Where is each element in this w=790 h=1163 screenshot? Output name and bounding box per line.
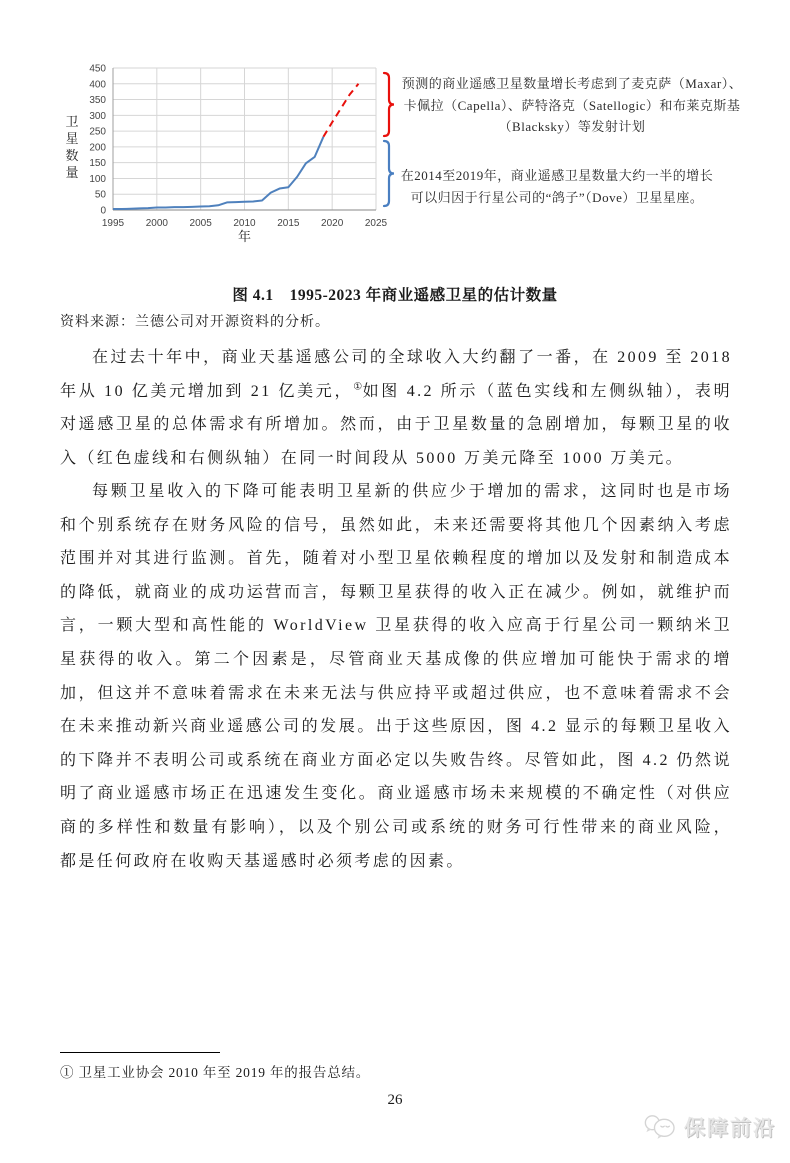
chart-annotation-dove: 在2014至2019年，商业遥感卫星数量大约一半的增长可以归因于行星公司的“鸽子…: [398, 165, 716, 208]
footnote: ① 卫星工业协会 2010 年至 2019 年的报告总结。: [60, 1061, 370, 1081]
svg-text:数: 数: [65, 148, 78, 163]
svg-text:300: 300: [89, 111, 106, 122]
svg-text:2010: 2010: [233, 218, 256, 229]
svg-text:200: 200: [89, 142, 106, 153]
satellite-count-line-chart: 0501001502002503003504004501995200020052…: [58, 54, 406, 250]
footnote-ref: ①: [353, 381, 362, 392]
body-paragraph-2: 每颗卫星收入的下降可能表明卫星新的供应少于增加的需求，这同时也是市场和个别系统存…: [60, 475, 732, 878]
svg-text:150: 150: [89, 158, 106, 169]
page-number: 26: [0, 1092, 790, 1109]
svg-text:0: 0: [100, 206, 106, 217]
svg-text:100: 100: [89, 174, 106, 185]
svg-text:年: 年: [238, 229, 251, 244]
svg-text:2015: 2015: [277, 218, 300, 229]
watermark-text: 保障前沿: [684, 1112, 776, 1142]
svg-text:400: 400: [89, 79, 106, 90]
body-paragraph-1: 在过去十年中，商业天基遥感公司的全球收入大约翻了一番，在 2009 至 2018…: [60, 341, 732, 475]
svg-text:50: 50: [95, 190, 107, 201]
svg-text:250: 250: [89, 127, 106, 138]
svg-text:450: 450: [89, 64, 106, 75]
svg-text:1995: 1995: [102, 218, 125, 229]
watermark: 保障前沿: [643, 1112, 776, 1142]
chat-bubbles-icon: [643, 1113, 677, 1141]
svg-text:350: 350: [89, 95, 106, 106]
footnote-marker: ①: [60, 1065, 74, 1080]
svg-text:2000: 2000: [146, 218, 169, 229]
footnote-text: 卫星工业协会 2010 年至 2019 年的报告总结。: [79, 1065, 371, 1080]
figure-caption: 图 4.1 1995-2023 年商业遥感卫星的估计数量: [0, 283, 790, 305]
svg-text:2025: 2025: [365, 218, 388, 229]
svg-text:量: 量: [65, 165, 78, 180]
svg-text:2020: 2020: [321, 218, 344, 229]
footnote-divider: [60, 1052, 220, 1053]
svg-text:2005: 2005: [190, 218, 213, 229]
svg-text:卫: 卫: [65, 114, 78, 129]
report-page: 0501001502002503003504004501995200020052…: [0, 0, 790, 1163]
svg-text:星: 星: [65, 131, 78, 146]
chart-annotation-forecast: 预测的商业遥感卫星数量增长考虑到了麦克萨（Maxar）、卡佩拉（Capella）…: [396, 73, 748, 138]
figure-source: 资料来源：兰德公司对开源资料的分析。: [60, 311, 330, 331]
